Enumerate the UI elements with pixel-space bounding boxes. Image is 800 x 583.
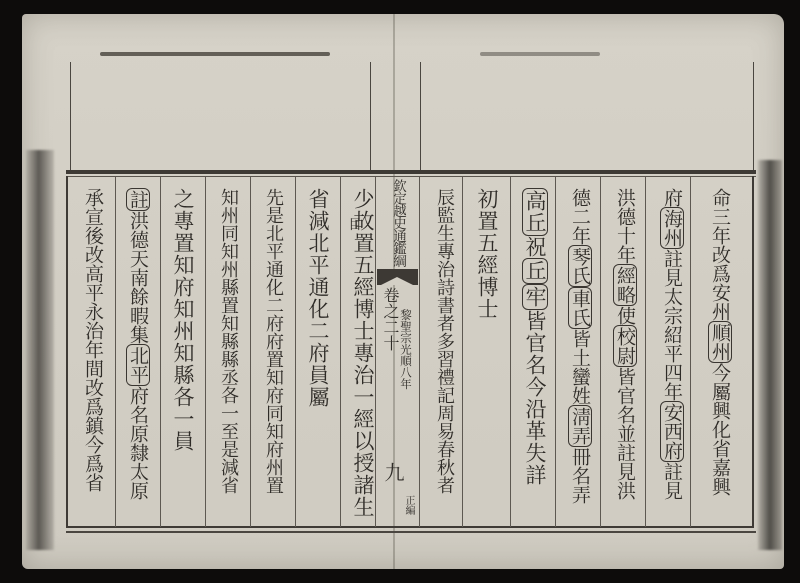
- column-rule: [555, 177, 556, 527]
- text-column-14: 承宣後改高平永治年間改爲鎮今爲省: [73, 188, 113, 528]
- boxed-proper-noun: 北平: [126, 344, 150, 386]
- column-text: 府名原隸太原: [127, 386, 149, 500]
- reign-label: 黎聖宗光順八年: [397, 309, 415, 419]
- boxed-proper-noun: 淸弄: [568, 405, 592, 447]
- column-text: 註見: [661, 462, 683, 500]
- boxed-proper-noun: 順州: [708, 321, 732, 363]
- section-label: 正編: [401, 495, 415, 523]
- boxed-proper-noun: 牢: [522, 284, 548, 310]
- text-column-2: 府海州註見太宗紹平四年安西府註見: [652, 188, 692, 528]
- column-rule: [340, 177, 341, 527]
- ink-smudge-top-left: [100, 52, 330, 56]
- column-rule: [295, 177, 296, 527]
- boxed-proper-noun: 安西府: [660, 401, 684, 462]
- boxed-proper-noun: 海州: [660, 207, 684, 249]
- upper-divider-right: [420, 62, 421, 172]
- column-text: 祝: [523, 236, 547, 258]
- column-text: 府: [661, 188, 683, 207]
- upper-divider-left: [370, 62, 371, 172]
- column-text: 承宣後改高平永治年間改爲鎮今爲省: [82, 188, 104, 492]
- text-column-5: 高丘祝丘牢皆官名今沿革失詳: [515, 188, 555, 528]
- column-text: 初置五經博士: [475, 188, 499, 320]
- column-text: 之專置知府知州知縣各一員: [171, 188, 195, 452]
- bottom-rule: [66, 531, 756, 533]
- text-column-1: 命三年改爲安州順州今屬興化省嘉興: [700, 188, 740, 528]
- column-text: 少故置五經博士專治一經以授諸生: [351, 188, 375, 518]
- column-text: 洪德天南餘暇集: [127, 211, 149, 344]
- column-text: 今屬興化省嘉興: [709, 363, 731, 496]
- text-column-9: 省減北平通化二府員屬: [298, 188, 338, 528]
- column-text: 洪德十年: [614, 188, 636, 264]
- upper-margin-frame: [70, 62, 754, 172]
- boxed-proper-noun: 丘: [522, 258, 548, 284]
- worn-right-edge: [758, 160, 782, 550]
- boxed-proper-noun: 校尉: [613, 325, 637, 367]
- fishtail-mark-icon: [377, 269, 418, 285]
- text-column-6: 初置五經博士: [467, 188, 507, 528]
- page-number: 九: [381, 462, 405, 492]
- column-text: 命三年改爲安州: [709, 188, 731, 321]
- column-text: 冊名弄: [569, 447, 591, 504]
- column-text: 省減北平通化二府員屬: [306, 188, 330, 408]
- column-rule: [250, 177, 251, 527]
- column-rule: [160, 177, 161, 527]
- boxed-proper-noun: 車氏: [568, 287, 592, 329]
- ink-smudge-top-right: [480, 52, 600, 56]
- column-rule: [600, 177, 601, 527]
- text-column-8: 少故置五經博士專治一經以授諸生: [343, 188, 383, 528]
- text-column-10: 先是北平通化二府府置知府同知府州置: [253, 188, 293, 528]
- text-column-4: 德二年琴氏車氏皆土蠻姓淸弄冊名弄: [560, 188, 600, 528]
- column-text: 註見太宗紹平四年: [661, 249, 683, 401]
- worn-left-edge: [26, 150, 54, 550]
- column-rule: [205, 177, 206, 527]
- boxed-proper-noun: 經略: [613, 264, 637, 306]
- column-text: 知州同知州縣置知縣縣丞各一至是減省: [218, 188, 239, 494]
- column-rule: [645, 177, 646, 527]
- text-column-3: 洪德十年經略使校尉皆官名並註見洪: [605, 188, 645, 528]
- boxed-proper-noun: 琴氏: [568, 245, 592, 287]
- text-column-11: 知州同知州縣置知縣縣丞各一至是減省: [208, 188, 248, 528]
- column-text: 先是北平通化二府府置知府同知府州置: [263, 188, 284, 494]
- column-text: 使: [614, 306, 636, 325]
- boxed-proper-noun: 註: [126, 188, 150, 211]
- column-text: 德二年: [569, 188, 591, 245]
- boxed-proper-noun: 高丘: [522, 188, 548, 236]
- column-rule: [510, 177, 511, 527]
- column-rule: [115, 177, 116, 527]
- text-column-12: 之專置知府知州知縣各一員: [163, 188, 203, 528]
- column-text: 皆官名今沿革失詳: [523, 310, 547, 486]
- text-column-13: 註洪德天南餘暇集北平府名原隸太原: [118, 188, 158, 528]
- column-text: 辰監生專治詩書者多習禮記周易春秋者: [434, 188, 455, 494]
- text-column-7: 辰監生專治詩書者多習禮記周易春秋者: [424, 188, 464, 528]
- header-rule: [66, 170, 756, 174]
- column-text: 皆土蠻姓: [569, 329, 591, 405]
- column-text: 皆官名並註見洪: [614, 367, 636, 500]
